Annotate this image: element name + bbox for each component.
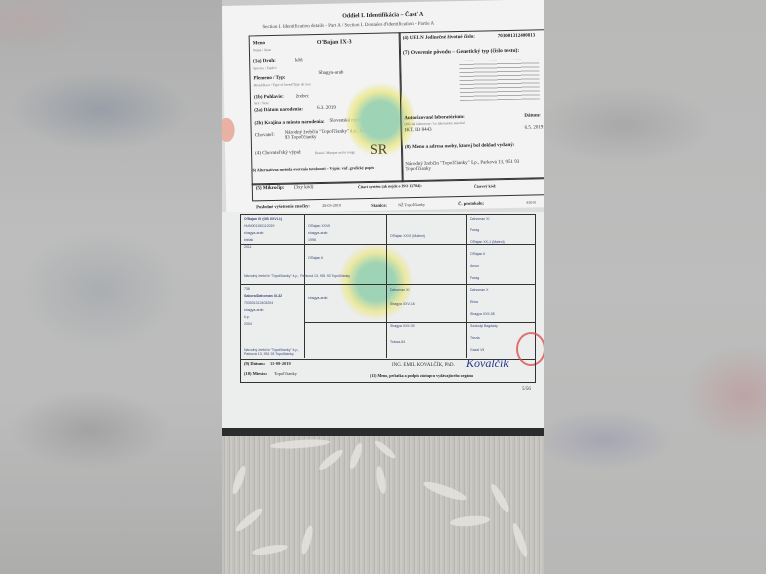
ancestor: Szokolyi Bagdady (470, 324, 498, 328)
ancestor: Amon (470, 264, 479, 268)
sex-label: (1b) Pohlavie: (254, 95, 284, 101)
dam-color: š.p. (244, 315, 250, 319)
station-value: NŽ Topoľčianky (398, 202, 425, 208)
sire-year: 2011 (244, 245, 252, 249)
dam-year: 2004 (244, 322, 252, 326)
species-sublabel: Species / Espèce (253, 66, 276, 70)
breeder-label: Chovateľ: (255, 133, 275, 138)
dob-value: 6.3. 2019 (317, 106, 336, 111)
sign-label: (11) Meno, pečiatka a podpis zástupcu vy… (370, 373, 473, 378)
blurred-background-left (0, 0, 222, 574)
ancestor: O'Bajan II (470, 252, 485, 256)
breed-value: Shagya-arab (318, 70, 343, 76)
dam-name: Sabora/Dahoman XI-32 (244, 294, 282, 298)
signature: Kovalčík (466, 356, 509, 371)
document-photo: Oddiel I. Identifikácia – Časť A Section… (222, 0, 544, 574)
footer-place-value: Topoľčianky (274, 371, 297, 376)
seal-letters: SR (370, 143, 387, 159)
ancestor: Dahoman XI (470, 217, 489, 221)
date-value: 6.5. 2019 (525, 125, 544, 130)
pedigree-page: O'Bajan IX (OB XXVI-1) HUN001150112029 s… (222, 212, 544, 432)
name-sublabel: Name / Nom (253, 48, 271, 52)
section-subtitle: Section I. Identification details - Part… (262, 22, 434, 31)
pedigree-col2 (304, 214, 387, 358)
row-sep (240, 244, 536, 245)
ancestor: Gazal VII (470, 348, 484, 352)
ueln-value: 703001312400813 (498, 33, 536, 39)
pedigree-col1 (240, 214, 305, 358)
sire-color: bielak (244, 238, 253, 242)
sire-sire-year: 1998 (308, 238, 316, 242)
tablecloth (222, 436, 544, 574)
bar-code-label: Čiarový kód: (474, 183, 497, 188)
row-sep (240, 284, 536, 285)
station-label: Stanica: (371, 203, 387, 208)
row-sep (304, 322, 536, 323)
identification-page: Oddiel I. Identifikácia – Časť A Section… (222, 0, 544, 214)
dam-breeder: Národný žrebčín "Topoľčianky" š.p., Park… (244, 348, 304, 356)
sire-breed: shagya-arab (244, 231, 263, 235)
sire-name: O'Bajan IX (OB XXVI-1) (244, 217, 282, 221)
dob-label: (2a) Dátum narodenia: (254, 107, 303, 113)
binder-edge (222, 428, 544, 436)
breed-label: Plemeno / Typ: (253, 76, 285, 82)
sex-sublabel: Sex / Sexe (254, 101, 269, 105)
ancestor: Farag (470, 276, 479, 280)
ancestor: Trezia (470, 336, 480, 340)
ancestor: Shagya XXII-38 (470, 312, 495, 316)
sire-dam: O'Bajan II (308, 256, 323, 260)
name-label: Meno (253, 41, 265, 46)
ancestor: Dahoman X (470, 288, 488, 292)
lab-value: IKT, ID 8443 (405, 128, 432, 134)
sire-sire: O'Bajan XXVII (308, 224, 330, 228)
dam-grandsire: Shagya XXV-16 (390, 302, 415, 306)
footer-date-label: (9) Dátum: (244, 361, 265, 366)
species-label: (1a) Druh: (253, 59, 276, 64)
microchip-value: (3xy kód) (294, 185, 314, 190)
name-value: O'Bajan IX-3 (317, 39, 352, 46)
protocol-label: Č. protokolu: (458, 201, 484, 207)
protocol-value: 4/2019 (526, 200, 536, 204)
section-title: Oddiel I. Identifikácia – Časť A (342, 12, 423, 20)
ancestor: O'Bajan XX-1 (Maleni) (470, 240, 505, 244)
dam-granddam: Tolosa-54 (390, 340, 405, 344)
footer-place-label: (10) Miesto: (244, 371, 267, 376)
page-number: 5/56 (522, 387, 531, 392)
species-value: kôň (295, 58, 303, 63)
date-label: Dátum: (524, 113, 540, 118)
dam-dam: Shagya XXII-39 (390, 324, 415, 328)
brand-label: (4) Chovateľský výpal: (255, 150, 302, 156)
footer-date-value: 11-09-2019 (270, 361, 291, 366)
dam-breed: shagya-arab (244, 308, 263, 312)
finger (222, 118, 235, 142)
microchip-label: (5) Mikročip: (256, 186, 285, 192)
ancestor: Elma (470, 300, 478, 304)
last-exam-label: Posledné vyšetrenie značky: (256, 203, 310, 209)
dam-sire-breed: shagya-arab (308, 296, 327, 300)
sire-sire-breed: shagya-arab (308, 231, 327, 235)
dam-number: 738 (244, 287, 250, 291)
sex-value: žrebec (296, 94, 309, 99)
sire-grandsire: O'Bajan XXVI (Maleni) (390, 234, 425, 238)
sire-breeder: Národný žrebčín "Topoľčianky" š.p., Park… (244, 274, 350, 278)
dam-id: 703001312403204 (244, 301, 273, 305)
dam-sire: Dahoman XI (390, 288, 409, 292)
genetic-test-text (459, 59, 540, 101)
brand-note: Brand / Marque au fer rouge (315, 150, 355, 155)
last-exam-value: 28-03-2019 (322, 203, 341, 208)
sire-id: HUN001150112029 (244, 224, 274, 228)
official-name: ING. EMIL KOVALČÍK, PhD. (392, 363, 455, 368)
blurred-background-right (544, 0, 766, 574)
ancestor: Farag (470, 228, 479, 232)
